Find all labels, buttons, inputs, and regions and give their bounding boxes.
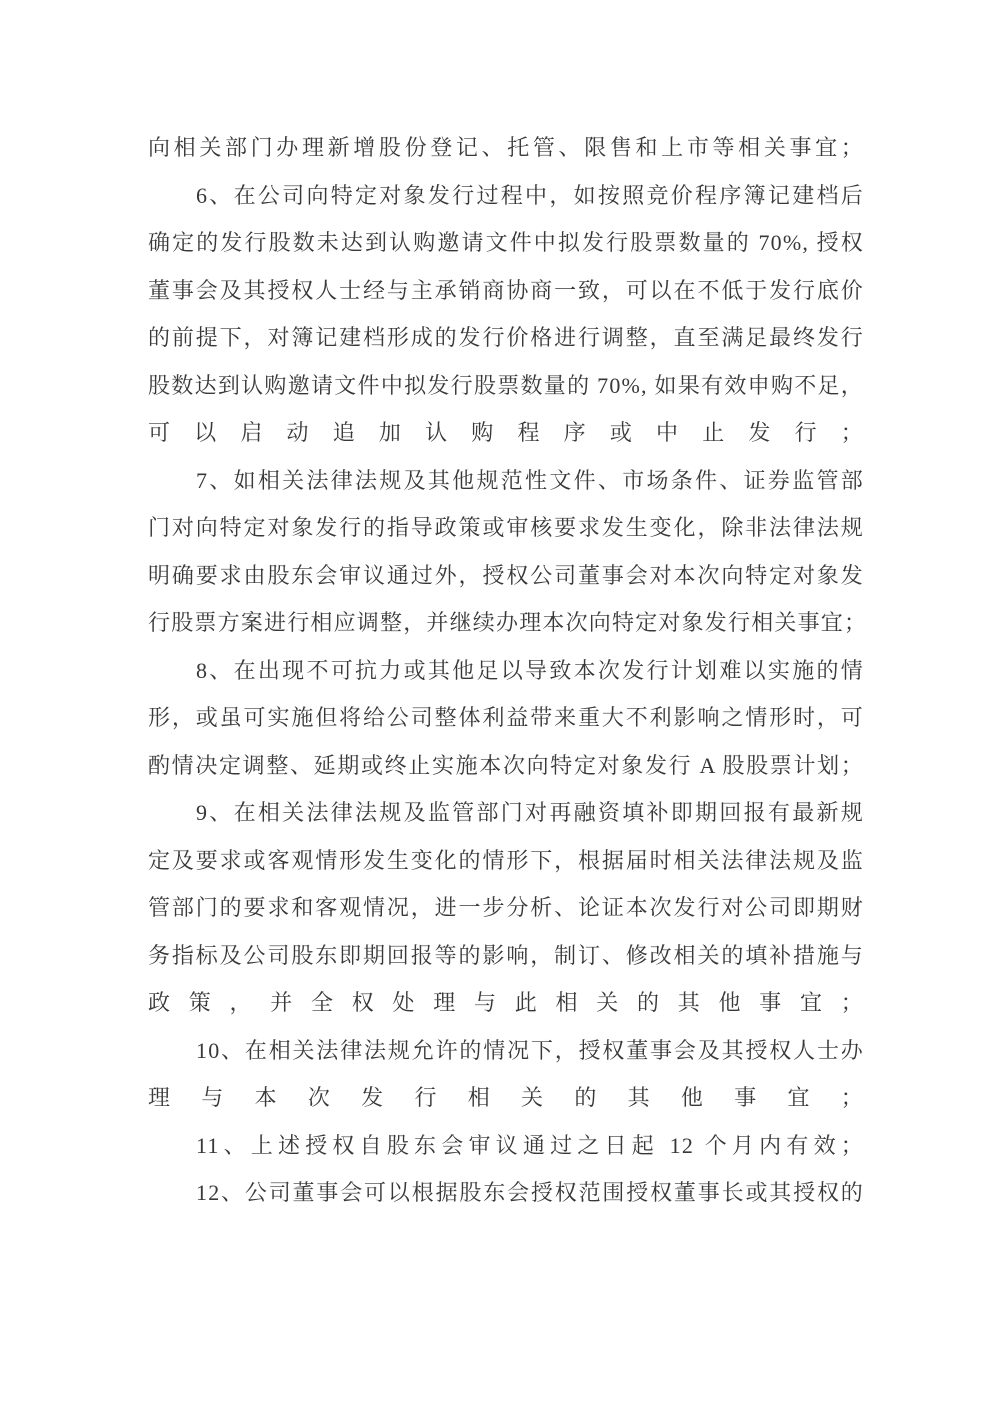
text-line: 8、在出现不可抗力或其他足以导致本次发行计划难以实施的情 bbox=[148, 647, 864, 695]
paragraph: 12、公司董事会可以根据股东会授权范围授权董事长或其授权的 bbox=[148, 1169, 864, 1217]
paragraph: 9、在相关法律法规及监管部门对再融资填补即期回报有最新规定及要求或客观情形发生变… bbox=[148, 789, 864, 1027]
text-line: 酌情决定调整、延期或终止实施本次向特定对象发行 A 股股票计划； bbox=[148, 742, 864, 790]
text-line: 9、在相关法律法规及监管部门对再融资填补即期回报有最新规 bbox=[148, 789, 864, 837]
text-line: 11、上述授权自股东会审议通过之日起 12 个月内有效； bbox=[148, 1122, 864, 1170]
text-line: 7、如相关法律法规及其他规范性文件、市场条件、证券监管部 bbox=[148, 457, 864, 505]
document-body: 向相关部门办理新增股份登记、托管、限售和上市等相关事宜；6、在公司向特定对象发行… bbox=[148, 124, 864, 1217]
text-line: 形，或虽可实施但将给公司整体利益带来重大不利影响之情形时，可 bbox=[148, 694, 864, 742]
text-line: 行股票方案进行相应调整，并继续办理本次向特定对象发行相关事宜； bbox=[148, 599, 864, 647]
paragraph: 11、上述授权自股东会审议通过之日起 12 个月内有效； bbox=[148, 1122, 864, 1170]
text-line: 政策，并全权处理与此相关的其他事宜； bbox=[148, 979, 864, 1027]
text-line: 12、公司董事会可以根据股东会授权范围授权董事长或其授权的 bbox=[148, 1169, 864, 1217]
text-line: 董事会及其授权人士经与主承销商协商一致，可以在不低于发行底价 bbox=[148, 267, 864, 315]
text-line: 10、在相关法律法规允许的情况下，授权董事会及其授权人士办 bbox=[148, 1027, 864, 1075]
document-page: 向相关部门办理新增股份登记、托管、限售和上市等相关事宜；6、在公司向特定对象发行… bbox=[0, 0, 1000, 1414]
text-line: 可以启动追加认购程序或中止发行； bbox=[148, 409, 864, 457]
paragraph: 向相关部门办理新增股份登记、托管、限售和上市等相关事宜； bbox=[148, 124, 864, 172]
paragraph: 8、在出现不可抗力或其他足以导致本次发行计划难以实施的情形，或虽可实施但将给公司… bbox=[148, 647, 864, 790]
text-line: 向相关部门办理新增股份登记、托管、限售和上市等相关事宜； bbox=[148, 124, 864, 172]
text-line: 股数达到认购邀请文件中拟发行股票数量的 70%, 如果有效申购不足， bbox=[148, 362, 864, 410]
text-line: 门对向特定对象发行的指导政策或审核要求发生变化，除非法律法规 bbox=[148, 504, 864, 552]
paragraph: 6、在公司向特定对象发行过程中，如按照竞价程序簿记建档后确定的发行股数未达到认购… bbox=[148, 172, 864, 457]
text-line: 务指标及公司股东即期回报等的影响，制订、修改相关的填补措施与 bbox=[148, 932, 864, 980]
text-line: 定及要求或客观情形发生变化的情形下，根据届时相关法律法规及监 bbox=[148, 837, 864, 885]
text-line: 理与本次发行相关的其他事宜； bbox=[148, 1074, 864, 1122]
text-line: 确定的发行股数未达到认购邀请文件中拟发行股票数量的 70%, 授权 bbox=[148, 219, 864, 267]
text-line: 的前提下，对簿记建档形成的发行价格进行调整，直至满足最终发行 bbox=[148, 314, 864, 362]
text-line: 管部门的要求和客观情况，进一步分析、论证本次发行对公司即期财 bbox=[148, 884, 864, 932]
paragraph: 7、如相关法律法规及其他规范性文件、市场条件、证券监管部门对向特定对象发行的指导… bbox=[148, 457, 864, 647]
text-line: 明确要求由股东会审议通过外，授权公司董事会对本次向特定对象发 bbox=[148, 552, 864, 600]
paragraph: 10、在相关法律法规允许的情况下，授权董事会及其授权人士办理与本次发行相关的其他… bbox=[148, 1027, 864, 1122]
text-line: 6、在公司向特定对象发行过程中，如按照竞价程序簿记建档后 bbox=[148, 172, 864, 220]
